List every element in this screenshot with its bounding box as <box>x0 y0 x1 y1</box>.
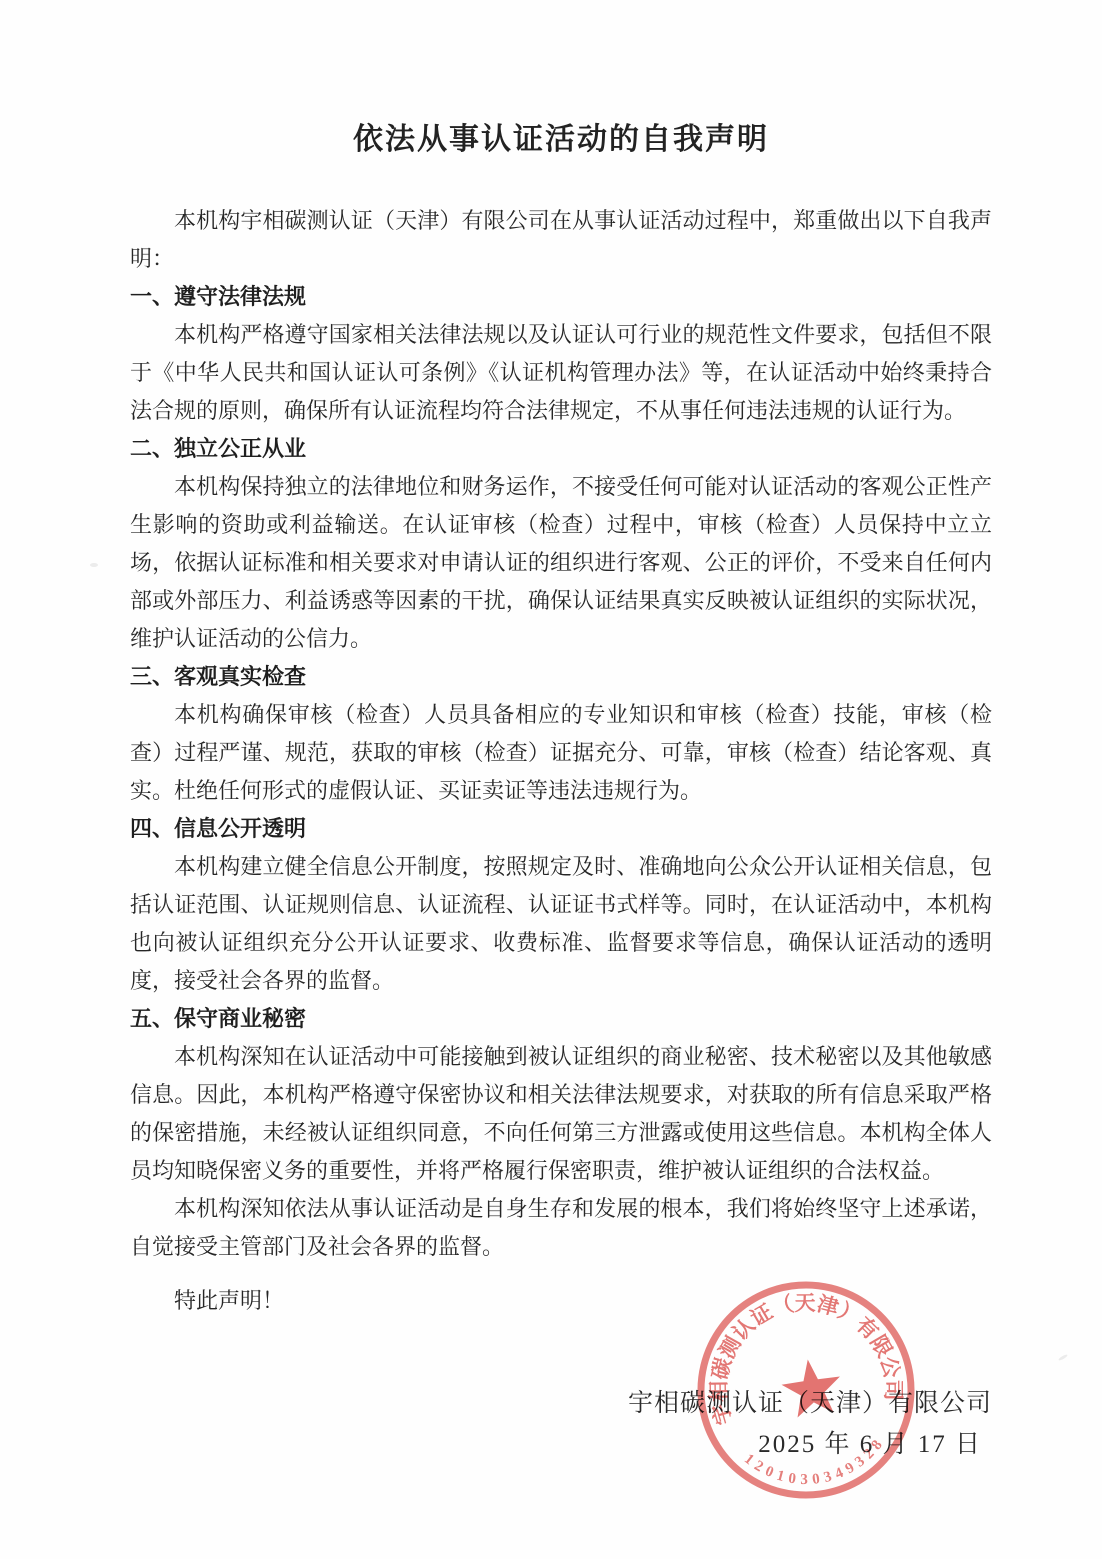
doc-title: 依法从事认证活动的自我声明 <box>130 118 992 162</box>
section-heading-5: 五、保守商业秘密 <box>130 1000 992 1038</box>
section-body-3: 本机构确保审核（检查）人员具备相应的专业知识和审核（检查）技能，审核（检查）过程… <box>130 696 992 810</box>
section-body-2: 本机构保持独立的法律地位和财务运作，不接受任何可能对认证活动的客观公正性产生影响… <box>130 468 992 658</box>
scan-artifact <box>90 563 98 567</box>
section-heading-3: 三、客观真实检查 <box>130 658 992 696</box>
company-seal: 宇相碳测认证（天津）有限公司 1201030349328 <box>690 1274 922 1506</box>
section-body-5: 本机构深知在认证活动中可能接触到被认证组织的商业秘密、技术秘密以及其他敏感信息。… <box>130 1038 992 1190</box>
section-body-4: 本机构建立健全信息公开制度，按照规定及时、准确地向公众公开认证相关信息，包括认证… <box>130 848 992 1000</box>
document-page: 依法从事认证活动的自我声明 本机构宇相碳测认证（天津）有限公司在从事认证活动过程… <box>0 0 1102 1559</box>
intro-paragraph: 本机构宇相碳测认证（天津）有限公司在从事认证活动过程中，郑重做出以下自我声明： <box>130 202 992 278</box>
scan-artifact <box>1058 1354 1068 1362</box>
closing-paragraph: 本机构深知依法从事认证活动是自身生存和发展的根本，我们将始终坚守上述承诺，自觉接… <box>130 1190 992 1266</box>
section-heading-4: 四、信息公开透明 <box>130 810 992 848</box>
document-body: 依法从事认证活动的自我声明 本机构宇相碳测认证（天津）有限公司在从事认证活动过程… <box>130 0 992 1466</box>
section-heading-1: 一、遵守法律法规 <box>130 278 992 316</box>
section-heading-2: 二、独立公正从业 <box>130 430 992 468</box>
section-body-1: 本机构严格遵守国家相关法律法规以及认证认可行业的规范性文件要求，包括但不限于《中… <box>130 316 992 430</box>
star-icon <box>779 1355 845 1419</box>
